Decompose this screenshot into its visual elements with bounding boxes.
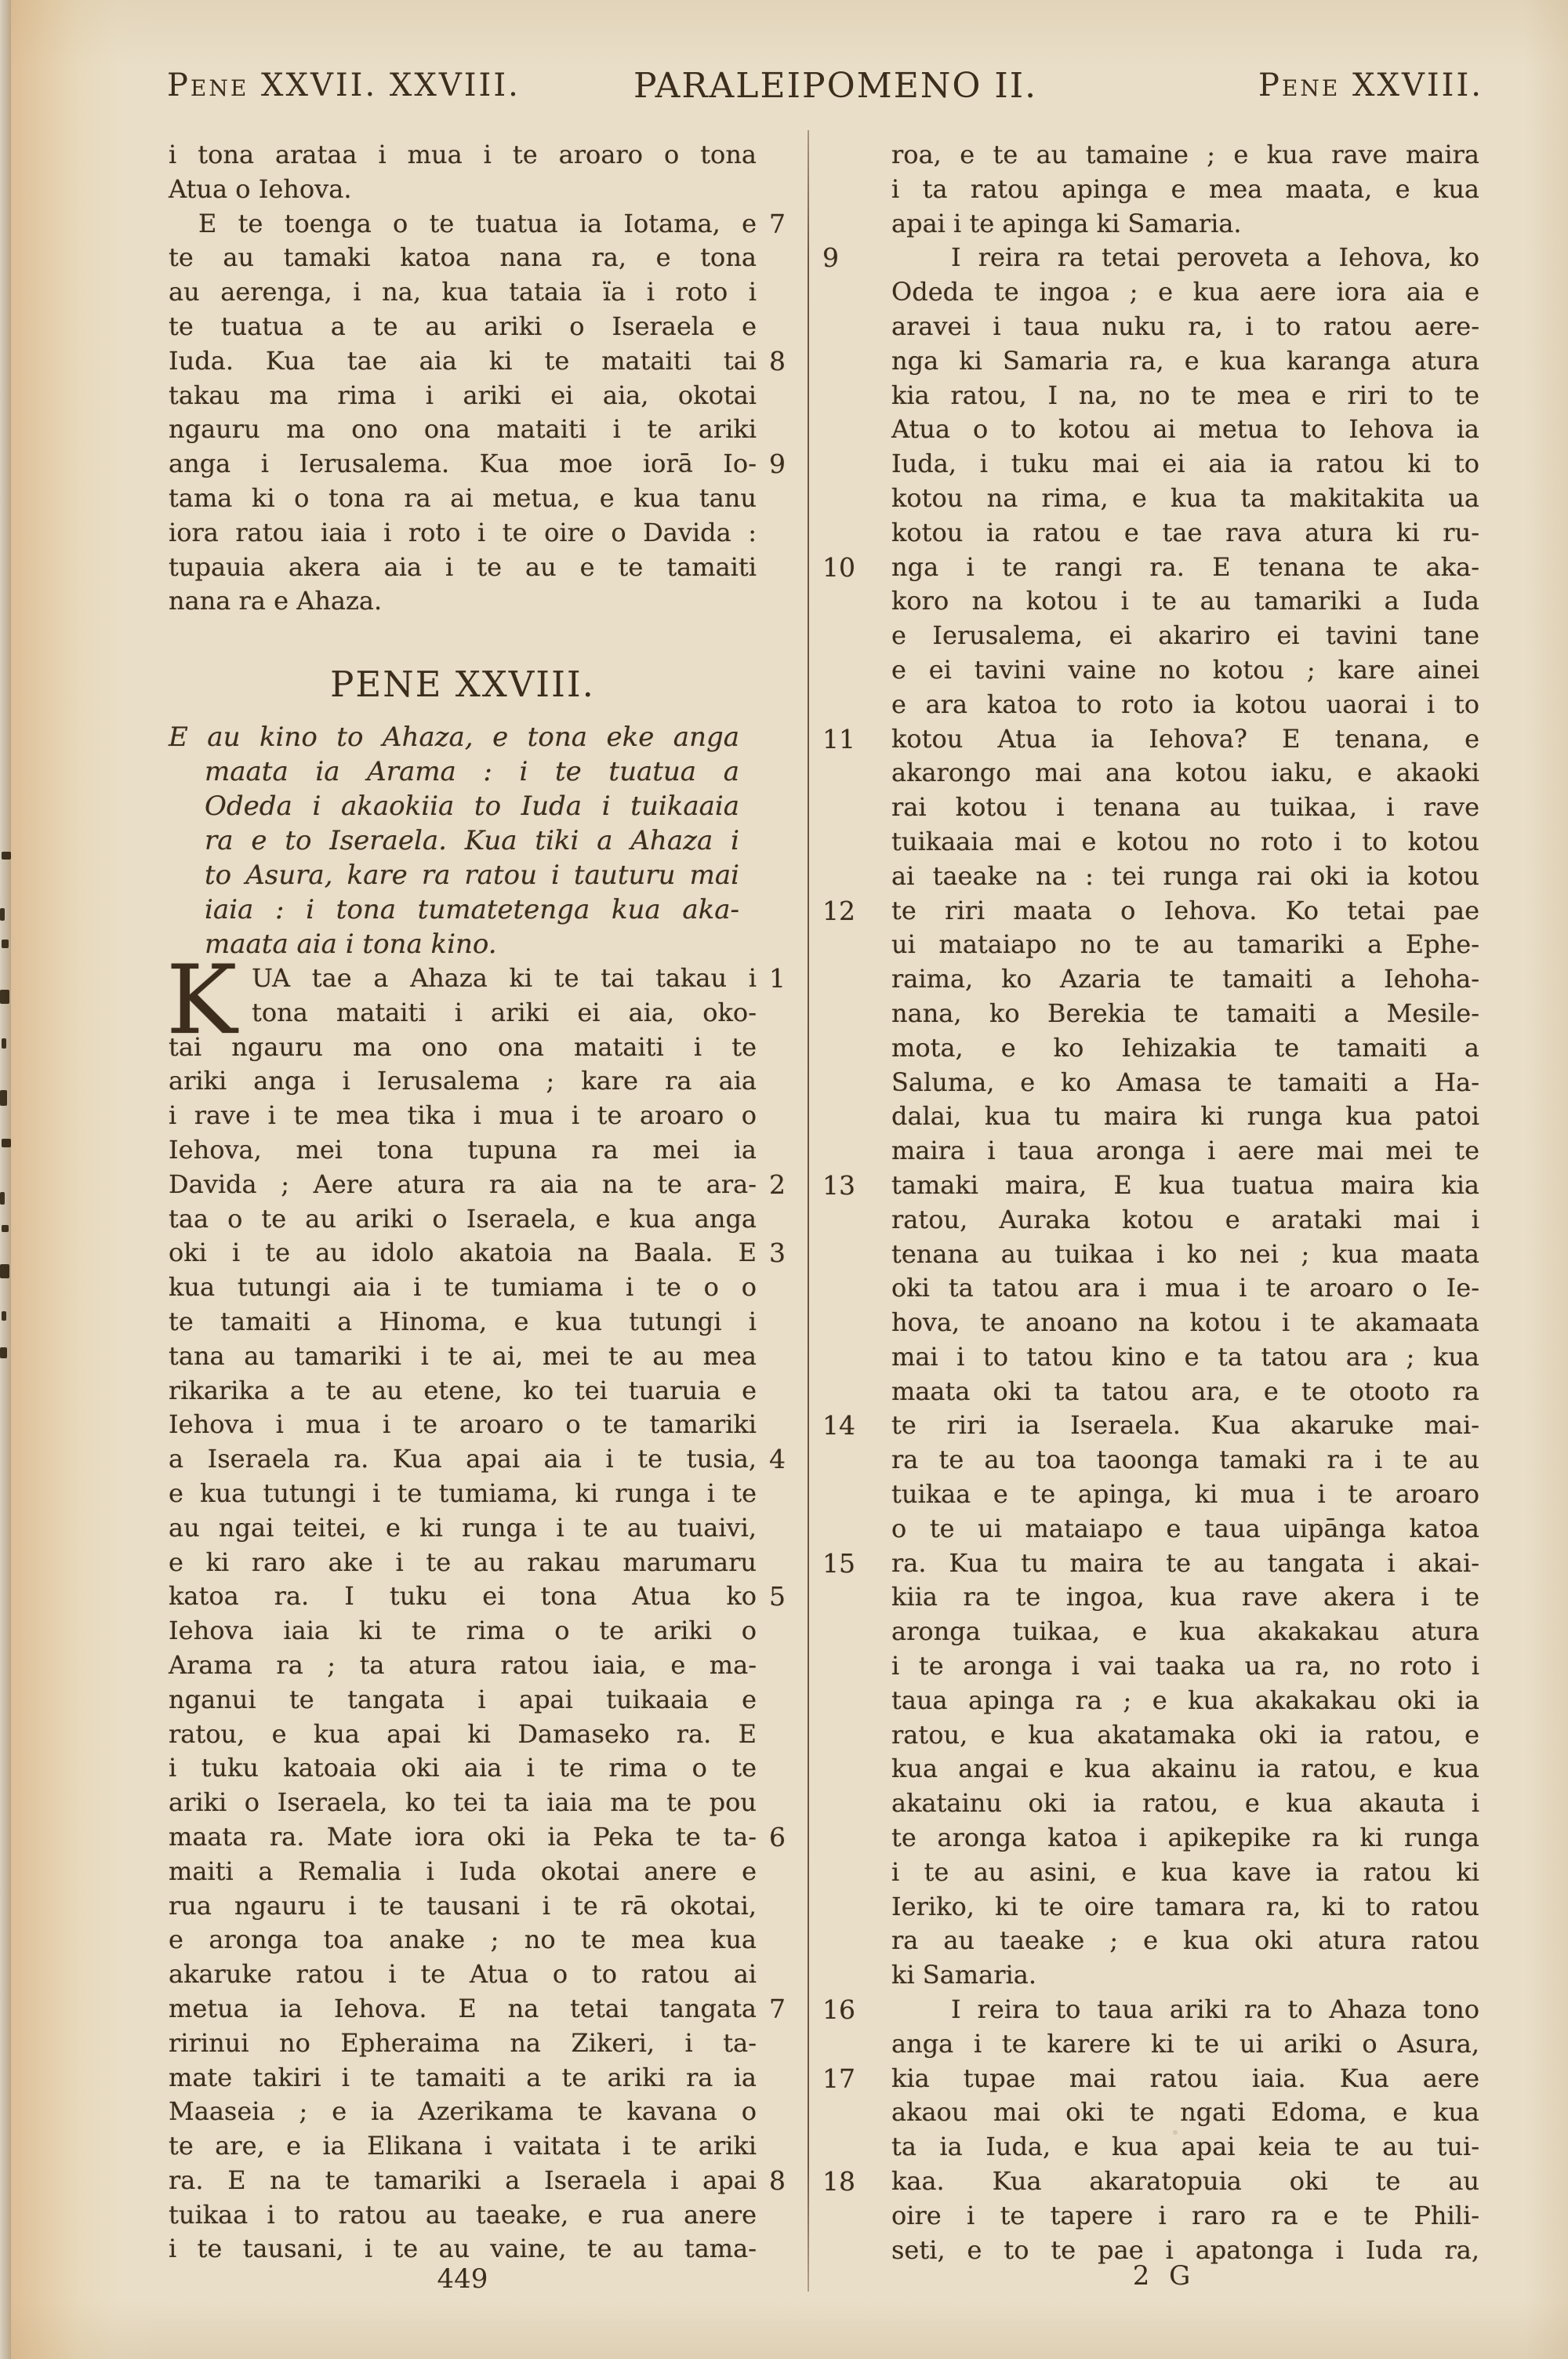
text-line: rua ngauru i te tausani i te rā okotai, bbox=[169, 1889, 757, 1924]
text-line: au ngai teitei, e ki runga i te au tuaiv… bbox=[169, 1511, 757, 1546]
text-line-content: o te ui mataiapo e taua uipānga katoa bbox=[891, 1514, 1479, 1543]
text-line: Iuda, i tuku mai ei aia ia ratou ki to bbox=[891, 447, 1479, 482]
verse-number: 8 bbox=[769, 344, 816, 379]
text-line-content: tuikaa i to ratou au taeake, e rua anere bbox=[169, 2200, 757, 2230]
text-line-content: Maaseia ; e ia Azerikama te kavana o bbox=[169, 2096, 757, 2126]
text-line-content: nga ki Samaria ra, e kua karanga atura bbox=[891, 346, 1479, 376]
verse-number: 11 bbox=[822, 722, 873, 757]
text-line: mai i to tatou kino e ta tatou ara ; kua bbox=[891, 1340, 1479, 1375]
text-line: ra. E na te tamariki a Iseraela i apai8 bbox=[169, 2164, 757, 2198]
right-column: roa, e te au tamaine ; e kua rave mairai… bbox=[891, 0, 1479, 2359]
text-line: Davida ; Aere atura ra aia na te ara-2 bbox=[169, 1168, 757, 1202]
text-line: e kua tutungi i te tumiama, ki runga i t… bbox=[169, 1477, 757, 1511]
text-line-content: ra. Kua tu maira te au tangata i akai- bbox=[891, 1548, 1479, 1578]
verse-number: 10 bbox=[822, 551, 873, 585]
text-line-content: tuikaaia mai e kotou no roto i to kotou bbox=[891, 827, 1479, 856]
text-line: I reira ra tetai peroveta a Iehova, ko9 bbox=[891, 241, 1479, 275]
text-line: metua ia Iehova. E na tetai tangata7 bbox=[169, 1992, 757, 2026]
verse-number: 9 bbox=[822, 241, 873, 275]
text-line-content: apai i te apinga ki Samaria. bbox=[891, 209, 1242, 238]
text-line: mate takiri i te tamaiti a te ariki ra i… bbox=[169, 2061, 757, 2095]
text-line: Saluma, e ko Amasa te tamaiti a Ha- bbox=[891, 1066, 1479, 1100]
text-line-content: iora ratou iaia i roto i te oire o David… bbox=[169, 518, 757, 547]
text-line: kotou na rima, e kua ta makitakita ua bbox=[891, 482, 1479, 516]
text-line-content: ririnui no Epheraima na Zikeri, i ta- bbox=[169, 2028, 757, 2058]
right-column-body: roa, e te au tamaine ; e kua rave mairai… bbox=[891, 138, 1479, 2267]
text-line-content: nana, ko Berekia te tamaiti a Mesile- bbox=[891, 998, 1479, 1028]
text-line: a Iseraela ra. Kua apai aia i te tusia,4 bbox=[169, 1442, 757, 1477]
text-line: ki Samaria. bbox=[891, 1958, 1479, 1993]
text-line: koro na kotou i te au tamariki a Iuda bbox=[891, 584, 1479, 619]
text-line-content: dalai, kua tu maira ki runga kua patoi bbox=[891, 1101, 1479, 1131]
text-line-content: oki ta tatou ara i mua i te aroaro o Ie- bbox=[891, 1273, 1479, 1303]
text-line: te riri ia Iseraela. Kua akaruke mai-14 bbox=[891, 1408, 1479, 1443]
text-line-content: taua apinga ra ; e kua akakakau oki ia bbox=[891, 1685, 1479, 1715]
text-line-content: ariki anga i Ierusalema ; kare ra aia bbox=[169, 1066, 757, 1096]
chapter-heading: PENE XXVIII. bbox=[169, 663, 757, 705]
text-line: ra. Kua tu maira te au tangata i akai-15 bbox=[891, 1547, 1479, 1581]
text-line: i tona arataa i mua i te aroaro o tona bbox=[169, 138, 757, 173]
text-line-content: e ki raro ake i te au rakau marumaru bbox=[169, 1547, 757, 1577]
text-line: kia ratou, I na, no te mea e riri to te bbox=[891, 379, 1479, 413]
text-line: te au tamaki katoa nana ra, e tona bbox=[169, 241, 757, 275]
text-line: te tuatua a te au ariki o Iseraela e bbox=[169, 310, 757, 344]
text-line-content: anga i te karere ki te ui ariki o Asura, bbox=[891, 2029, 1479, 2059]
text-line-content: ta ia Iuda, e kua apai keia te au tui- bbox=[891, 2132, 1479, 2161]
text-line: ui mataiapo no te au tamariki a Ephe- bbox=[891, 928, 1479, 962]
verse-number: 13 bbox=[822, 1169, 873, 1203]
text-line-content: metua ia Iehova. E na tetai tangata bbox=[169, 1994, 757, 2023]
text-line-content: to Asura, kare ra ratou i tauturu mai bbox=[205, 860, 739, 891]
text-line-content: e ei tavini vaine no kotou ; kare ainei bbox=[891, 655, 1479, 685]
text-line: te riri maata o Iehova. Ko tetai pae12 bbox=[891, 894, 1479, 929]
text-line-content: Iehova i mua i te aroaro o te tamariki bbox=[169, 1409, 757, 1439]
text-line: Maaseia ; e ia Azerikama te kavana o bbox=[169, 2095, 757, 2129]
text-line: Iehova iaia ki te rima o te ariki o bbox=[169, 1614, 757, 1648]
text-line-content: i tona arataa i mua i te aroaro o tona bbox=[169, 140, 757, 169]
text-line: Odeda i akaokiia to Iuda i tuikaaia bbox=[169, 789, 739, 823]
text-line: aravei i taua nuku ra, i to ratou aere- bbox=[891, 310, 1479, 344]
page-bleed-mark bbox=[0, 1347, 7, 1358]
text-line-content: anga i Ierusalema. Kua moe iorā Io- bbox=[169, 449, 757, 478]
text-line: kua angai e kua akainu ia ratou, e kua bbox=[891, 1752, 1479, 1787]
text-line: i rave i te mea tika i mua i te aroaro o bbox=[169, 1099, 757, 1133]
text-line: i te au asini, e kua kave ia ratou ki bbox=[891, 1856, 1479, 1890]
text-line: i tuku katoaia oki aia i te rima o te bbox=[169, 1751, 757, 1786]
text-line-content: maiti a Remalia i Iuda okotai anere e bbox=[169, 1856, 757, 1886]
text-line-content: ratou, e kua akatamaka oki ia ratou, e bbox=[891, 1720, 1479, 1750]
text-line: Odeda te ingoa ; e kua aere iora aia e bbox=[891, 275, 1479, 310]
text-line-content: tuikaa e te apinga, ki mua i te aroaro bbox=[891, 1479, 1479, 1509]
text-line: kiia ra te ingoa, kua rave akera i te bbox=[891, 1580, 1479, 1615]
text-line-content: te riri ia Iseraela. Kua akaruke mai- bbox=[891, 1410, 1479, 1440]
text-line: akarongo mai ana kotou iaku, e akaoki bbox=[891, 756, 1479, 791]
text-line: Arama ra ; ta atura ratou iaia, e ma- bbox=[169, 1648, 757, 1683]
text-line-content: i rave i te mea tika i mua i te aroaro o bbox=[169, 1100, 757, 1130]
text-line-content: E te toenga o te tuatua ia Iotama, e bbox=[198, 209, 757, 238]
text-line: roa, e te au tamaine ; e kua rave maira bbox=[891, 138, 1479, 173]
text-line: taa o te au ariki o Iseraela, e kua anga bbox=[169, 1202, 757, 1237]
text-line-content: akatainu oki ia ratou, e kua akauta i bbox=[891, 1788, 1479, 1818]
verse-number: 7 bbox=[769, 1992, 816, 2026]
text-line: I reira to taua ariki ra to Ahaza tono16 bbox=[891, 1993, 1479, 2027]
text-line: Iuda. Kua tae aia ki te mataiti tai8 bbox=[169, 344, 757, 379]
text-line: ratou, Auraka kotou e arataki mai i bbox=[891, 1203, 1479, 1238]
page-bleed-mark bbox=[2, 1311, 6, 1321]
text-line-content: ra au taeake ; e kua oki atura ratou bbox=[891, 1925, 1479, 1955]
text-line-content: tamaki maira, E kua tuatua maira kia bbox=[891, 1170, 1479, 1200]
text-line: anga i Ierusalema. Kua moe iorā Io-9 bbox=[169, 447, 757, 482]
text-line-content: a Iseraela ra. Kua apai aia i te tusia, bbox=[169, 1444, 757, 1474]
text-line: tuikaa e te apinga, ki mua i te aroaro bbox=[891, 1478, 1479, 1512]
text-line-content: tupauia akera aia i te au e te tamaiti bbox=[169, 552, 757, 582]
text-line-content: I reira ra tetai peroveta a Iehova, ko bbox=[951, 242, 1479, 272]
text-line: oki ta tatou ara i mua i te aroaro o Ie- bbox=[891, 1271, 1479, 1306]
page-bleed-mark bbox=[0, 908, 5, 921]
chapter-body: K UA tae a Ahaza ki te tai takau i1tona … bbox=[169, 961, 757, 2266]
text-line: tai ngauru ma ono ona mataiti i te bbox=[169, 1030, 757, 1065]
text-line: rikarika a te au etene, ko tei tuaruia e bbox=[169, 1374, 757, 1408]
text-line: akaruke ratou i te Atua o to ratou ai bbox=[169, 1957, 757, 1992]
text-line: Iehova, mei tona tupuna ra mei ia bbox=[169, 1133, 757, 1168]
text-line: ra au taeake ; e kua oki atura ratou bbox=[891, 1924, 1479, 1958]
text-line-content: ki Samaria. bbox=[891, 1960, 1036, 1990]
text-line: ratou, e kua akatamaka oki ia ratou, e bbox=[891, 1718, 1479, 1753]
text-line: e ei tavini vaine no kotou ; kare ainei bbox=[891, 653, 1479, 688]
text-line-content: Atua o to kotou ai metua to Iehova ia bbox=[891, 414, 1479, 444]
verse-number: 9 bbox=[769, 447, 816, 482]
text-line: kotou Atua ia Iehova? E tenana, e11 bbox=[891, 722, 1479, 757]
text-line-content: nga i te rangi ra. E tenana te aka- bbox=[891, 552, 1479, 582]
text-line-content: i ta ratou apinga e mea maata, e kua bbox=[891, 174, 1479, 204]
verse-number: 7 bbox=[769, 207, 816, 242]
text-line: akatainu oki ia ratou, e kua akauta i bbox=[891, 1787, 1479, 1821]
text-line: i te aronga i vai taaka ua ra, no roto i bbox=[891, 1649, 1479, 1684]
book-page: Pene XXVII. XXVIII. PARALEIPOMENO II. Pe… bbox=[0, 0, 1568, 2359]
text-line: Iehova i mua i te aroaro o te tamariki bbox=[169, 1408, 757, 1442]
verse-number: 6 bbox=[769, 1820, 816, 1855]
signature-mark: 2 G bbox=[891, 2260, 1437, 2292]
text-line-content: takau ma rima i ariki ei aia, okotai bbox=[169, 380, 757, 410]
text-line-content: E au kino to Ahaza, e tona eke anga bbox=[169, 722, 739, 753]
text-line: aronga tuikaa, e kua akakakau atura bbox=[891, 1615, 1479, 1649]
text-line-content: Iehova iaia ki te rima o te ariki o bbox=[169, 1616, 757, 1645]
page-bleed-mark bbox=[0, 1090, 7, 1106]
text-line: tona mataiti i ariki ei aia, oko- bbox=[169, 996, 757, 1030]
verse-number: 14 bbox=[822, 1408, 873, 1443]
intro-paragraph: i tona arataa i mua i te aroaro o tonaAt… bbox=[169, 138, 757, 619]
text-line-content: maira i taua aronga i aere mai mei te bbox=[891, 1136, 1479, 1165]
text-line: e ki raro ake i te au rakau marumaru bbox=[169, 1546, 757, 1580]
text-line-content: oire i te tapere i raro ra e te Phili- bbox=[891, 2201, 1479, 2230]
text-line: i te tausani, i te au vaine, te au tama- bbox=[169, 2232, 757, 2266]
text-line-content: maata oki ta tatou ara, e te otooto ra bbox=[891, 1376, 1479, 1406]
text-line: o te ui mataiapo e taua uipānga katoa bbox=[891, 1512, 1479, 1547]
text-line: katoa ra. I tuku ei tona Atua ko5 bbox=[169, 1579, 757, 1614]
text-line-content: koro na kotou i te au tamariki a Iuda bbox=[891, 586, 1479, 616]
text-line-content: mai i to tatou kino e ta tatou ara ; kua bbox=[891, 1342, 1479, 1372]
text-line: kaa. Kua akaratopuia oki te au18 bbox=[891, 2165, 1479, 2199]
verse-number: 4 bbox=[769, 1442, 816, 1477]
text-line: E te toenga o te tuatua ia Iotama, e7 bbox=[169, 207, 757, 242]
text-line-content: te au tamaki katoa nana ra, e tona bbox=[169, 242, 757, 272]
text-line-content: te aronga katoa i apikepike ra ki runga bbox=[891, 1823, 1479, 1852]
text-line-content: akaou mai oki te ngati Edoma, e kua bbox=[891, 2097, 1479, 2127]
text-line-content: i te au asini, e kua kave ia ratou ki bbox=[891, 1857, 1479, 1887]
text-line-content: ngauru ma ono ona mataiti i te ariki bbox=[169, 414, 757, 444]
text-line: maata ra. Mate iora oki ia Peka te ta-6 bbox=[169, 1820, 757, 1855]
text-line-content: Iuda. Kua tae aia ki te mataiti tai bbox=[169, 346, 757, 376]
text-line: ririnui no Epheraima na Zikeri, i ta- bbox=[169, 2026, 757, 2061]
text-line-content: Atua o Iehova. bbox=[169, 174, 351, 204]
text-line: te aronga katoa i apikepike ra ki runga bbox=[891, 1821, 1479, 1856]
text-line-content: Odeda i akaokiia to Iuda i tuikaaia bbox=[205, 791, 739, 822]
text-line-content: e ara katoa to roto ia kotou uaorai i to bbox=[891, 689, 1479, 719]
text-line-content: maata aia i tona kino. bbox=[205, 929, 497, 960]
text-line: iaia : i tona tumatetenga kua aka- bbox=[169, 892, 739, 927]
text-line: Ieriko, ki te oire tamara ra, ki to rato… bbox=[891, 1890, 1479, 1925]
text-line: apai i te apinga ki Samaria. bbox=[891, 207, 1479, 242]
text-line: ariki o Iseraela, ko tei ta iaia ma te p… bbox=[169, 1786, 757, 1820]
text-line: nga ki Samaria ra, e kua karanga atura bbox=[891, 344, 1479, 379]
text-line-content: e aronga toa anake ; no te mea kua bbox=[169, 1925, 757, 1954]
text-line: taua apinga ra ; e kua akakakau oki ia bbox=[891, 1684, 1479, 1718]
text-line-content: aronga tuikaa, e kua akakakau atura bbox=[891, 1616, 1479, 1646]
text-line-content: ra e to Iseraela. Kua tiki a Ahaza i bbox=[205, 825, 739, 856]
text-line: mota, e ko Iehizakia te tamaiti a bbox=[891, 1031, 1479, 1066]
text-line: maata aia i tona kino. bbox=[169, 927, 739, 961]
text-line: E au kino to Ahaza, e tona eke anga bbox=[169, 720, 739, 754]
text-line: tenana au tuikaa i ko nei ; kua maata bbox=[891, 1238, 1479, 1272]
text-line-content: kua tutungi aia i te tumiama i te o o bbox=[169, 1272, 757, 1302]
text-line-content: rua ngauru i te tausani i te rā okotai, bbox=[169, 1891, 757, 1921]
text-line: kia tupae mai ratou iaia. Kua aere17 bbox=[891, 2062, 1479, 2096]
verse-number: 3 bbox=[769, 1236, 816, 1270]
text-line-content: au ngai teitei, e ki runga i te au tuaiv… bbox=[169, 1513, 757, 1543]
text-line-content: tenana au tuikaa i ko nei ; kua maata bbox=[891, 1239, 1479, 1269]
text-line: au aerenga, i na, kua tataia ïa i roto i bbox=[169, 275, 757, 310]
text-line: Atua o to kotou ai metua to Iehova ia bbox=[891, 413, 1479, 447]
text-line: oki i te au idolo akatoia na Baala. E3 bbox=[169, 1236, 757, 1270]
text-line: te tamaiti a Hinoma, e kua tutungi i bbox=[169, 1305, 757, 1339]
text-line: maiti a Remalia i Iuda okotai anere e bbox=[169, 1855, 757, 1889]
text-line: ra te au toa taoonga tamaki ra i te au bbox=[891, 1443, 1479, 1478]
page-number: 449 bbox=[169, 2263, 757, 2295]
text-line-content: au aerenga, i na, kua tataia ïa i roto i bbox=[169, 277, 757, 307]
page-bleed-mark bbox=[2, 940, 9, 948]
text-line: e Ierusalema, ei akariro ei tavini tane bbox=[891, 619, 1479, 653]
text-line-content: i te aronga i vai taaka ua ra, no roto i bbox=[891, 1651, 1479, 1681]
text-line-content: aravei i taua nuku ra, i to ratou aere- bbox=[891, 311, 1479, 341]
text-line: nganui te tangata i apai tuikaaia e bbox=[169, 1683, 757, 1717]
text-line: to Asura, kare ra ratou i tauturu mai bbox=[169, 858, 739, 892]
text-line-content: kaa. Kua akaratopuia oki te au bbox=[891, 2166, 1479, 2196]
text-line: tupauia akera aia i te au e te tamaiti bbox=[169, 551, 757, 585]
text-line-content: ratou, e kua apai ki Damaseko ra. E bbox=[169, 1719, 757, 1749]
text-line-content: kia ratou, I na, no te mea e riri to te bbox=[891, 380, 1479, 410]
text-line: tuikaaia mai e kotou no roto i to kotou bbox=[891, 825, 1479, 860]
text-line-content: tana au tamariki i te ai, mei te au mea bbox=[169, 1341, 757, 1371]
chapter-summary: E au kino to Ahaza, e tona eke angamaata… bbox=[169, 720, 739, 961]
text-line: ta ia Iuda, e kua apai keia te au tui- bbox=[891, 2130, 1479, 2165]
text-line-content: nganui te tangata i apai tuikaaia e bbox=[169, 1685, 757, 1714]
paper-speck bbox=[298, 1945, 301, 1948]
text-line-content: taa o te au ariki o Iseraela, e kua anga bbox=[169, 1204, 757, 1234]
text-line-content: oki i te au idolo akatoia na Baala. E bbox=[169, 1238, 757, 1267]
text-line-content: kia tupae mai ratou iaia. Kua aere bbox=[891, 2063, 1479, 2093]
text-line-content: ra. E na te tamariki a Iseraela i apai bbox=[169, 2165, 757, 2195]
text-line: maira i taua aronga i aere mai mei te bbox=[891, 1134, 1479, 1169]
text-line-content: ratou, Auraka kotou e arataki mai i bbox=[891, 1205, 1479, 1234]
text-line: akaou mai oki te ngati Edoma, e kua bbox=[891, 2095, 1479, 2130]
text-line-content: Arama ra ; ta atura ratou iaia, e ma- bbox=[169, 1650, 757, 1680]
text-line: ngauru ma ono ona mataiti i te ariki bbox=[169, 413, 757, 447]
page-bleed-mark bbox=[2, 1225, 9, 1232]
text-line: tana au tamariki i te ai, mei te au mea bbox=[169, 1339, 757, 1374]
verse-number: 16 bbox=[822, 1993, 873, 2027]
text-line-content: akarongo mai ana kotou iaku, e akaoki bbox=[891, 758, 1479, 787]
text-line: i ta ratou apinga e mea maata, e kua bbox=[891, 173, 1479, 207]
text-line: anga i te karere ki te ui ariki o Asura, bbox=[891, 2027, 1479, 2062]
text-line-content: roa, e te au tamaine ; e kua rave maira bbox=[891, 140, 1479, 169]
text-line-content: maata ra. Mate iora oki ia Peka te ta- bbox=[169, 1822, 757, 1852]
page-bleed-mark bbox=[2, 1139, 11, 1147]
text-line-content: Odeda te ingoa ; e kua aere iora aia e bbox=[891, 277, 1479, 307]
text-line-content: te tamaiti a Hinoma, e kua tutungi i bbox=[169, 1307, 757, 1336]
text-line: maata ia Arama : i te tuatua a bbox=[169, 754, 739, 789]
text-line-content: i te tausani, i te au vaine, te au tama- bbox=[169, 2234, 757, 2263]
text-line: raima, ko Azaria te tamaiti a Iehoha- bbox=[891, 962, 1479, 997]
left-column: i tona arataa i mua i te aroaro o tonaAt… bbox=[169, 0, 757, 2359]
text-line-content: Iuda, i tuku mai ei aia ia ratou ki to bbox=[891, 449, 1479, 478]
text-line-content: iaia : i tona tumatetenga kua aka- bbox=[205, 894, 739, 925]
text-line-content: ariki o Iseraela, ko tei ta iaia ma te p… bbox=[169, 1787, 757, 1817]
text-line: kua tutungi aia i te tumiama i te o o bbox=[169, 1270, 757, 1305]
text-line: kotou ia ratou e tae rava atura ki ru- bbox=[891, 516, 1479, 551]
text-line-content: te tuatua a te au ariki o Iseraela e bbox=[169, 311, 757, 341]
text-line-content: UA tae a Ahaza ki te tai takau i bbox=[252, 963, 757, 993]
text-line-content: kua angai e kua akainu ia ratou, e kua bbox=[891, 1754, 1479, 1783]
text-line: nga i te rangi ra. E tenana te aka-10 bbox=[891, 551, 1479, 585]
text-line: oire i te tapere i raro ra e te Phili- bbox=[891, 2199, 1479, 2234]
text-line-content: Saluma, e ko Amasa te tamaiti a Ha- bbox=[891, 1067, 1479, 1097]
text-line-content: e Ierusalema, ei akariro ei tavini tane bbox=[891, 620, 1479, 650]
text-line-content: Iehova, mei tona tupuna ra mei ia bbox=[169, 1135, 757, 1165]
binding-gutter bbox=[0, 0, 11, 2359]
text-line-content: te are, e ia Elikana i vaitata i te arik… bbox=[169, 2131, 757, 2161]
text-line: rai kotou i tenana au tuikaa, i rave bbox=[891, 791, 1479, 825]
text-line-content: te riri maata o Iehova. Ko tetai pae bbox=[891, 896, 1479, 925]
page-bleed-mark bbox=[0, 1264, 9, 1278]
paper-speck bbox=[1341, 674, 1344, 678]
text-line: tama ki o tona ra ai metua, e kua tanu bbox=[169, 482, 757, 516]
text-line: dalai, kua tu maira ki runga kua patoi bbox=[891, 1100, 1479, 1134]
text-line-content: i tuku katoaia oki aia i te rima o te bbox=[169, 1753, 757, 1783]
paper-speck bbox=[1173, 2130, 1178, 2135]
page-bleed-mark bbox=[2, 852, 11, 860]
text-line: ratou, e kua apai ki Damaseko ra. E bbox=[169, 1717, 757, 1752]
page-bleed-mark bbox=[0, 990, 9, 1004]
page-bleed-mark bbox=[0, 1192, 5, 1205]
verse-number: 5 bbox=[769, 1579, 816, 1614]
text-line-content: hova, te anoano na kotou i te akamaata bbox=[891, 1307, 1479, 1337]
text-line-content: akaruke ratou i te Atua o to ratou ai bbox=[169, 1959, 757, 1989]
paper-speck bbox=[503, 1189, 507, 1193]
text-line-content: ui mataiapo no te au tamariki a Ephe- bbox=[891, 929, 1479, 959]
text-line: hova, te anoano na kotou i te akamaata bbox=[891, 1306, 1479, 1340]
text-line: te are, e ia Elikana i vaitata i te arik… bbox=[169, 2129, 757, 2164]
verse-number: 2 bbox=[769, 1168, 816, 1202]
text-line-content: kotou ia ratou e tae rava atura ki ru- bbox=[891, 518, 1479, 547]
text-line: tamaki maira, E kua tuatua maira kia13 bbox=[891, 1169, 1479, 1203]
text-line: ra e to Iseraela. Kua tiki a Ahaza i bbox=[169, 823, 739, 858]
text-line: ariki anga i Ierusalema ; kare ra aia bbox=[169, 1064, 757, 1099]
verse-number: 18 bbox=[822, 2165, 873, 2199]
text-line-content: raima, ko Azaria te tamaiti a Iehoha- bbox=[891, 964, 1479, 994]
text-line-content: ra te au toa taoonga tamaki ra i te au bbox=[891, 1445, 1479, 1474]
text-line-content: e kua tutungi i te tumiama, ki runga i t… bbox=[169, 1478, 757, 1508]
text-line-content: tai ngauru ma ono ona mataiti i te bbox=[169, 1032, 757, 1062]
text-line-content: ai taeake na : tei runga rai oki ia koto… bbox=[891, 861, 1479, 891]
text-line-content: mate takiri i te tamaiti a te ariki ra i… bbox=[169, 2063, 757, 2092]
text-line-content: katoa ra. I tuku ei tona Atua ko bbox=[169, 1581, 757, 1611]
text-line: maata oki ta tatou ara, e te otooto ra bbox=[891, 1375, 1479, 1409]
text-line-content: mota, e ko Iehizakia te tamaiti a bbox=[891, 1033, 1479, 1063]
text-line-content: kotou na rima, e kua ta makitakita ua bbox=[891, 483, 1479, 513]
text-line-content: rai kotou i tenana au tuikaa, i rave bbox=[891, 792, 1479, 822]
text-line-content: tama ki o tona ra ai metua, e kua tanu bbox=[169, 483, 757, 513]
text-line-content: kiia ra te ingoa, kua rave akera i te bbox=[891, 1582, 1479, 1612]
text-line: takau ma rima i ariki ei aia, okotai bbox=[169, 379, 757, 413]
verse-number: 12 bbox=[822, 894, 873, 929]
text-line-content: nana ra e Ahaza. bbox=[169, 586, 382, 616]
verse-number: 1 bbox=[769, 961, 816, 996]
text-line: tuikaa i to ratou au taeake, e rua anere bbox=[169, 2198, 757, 2233]
verse-number: 17 bbox=[822, 2062, 873, 2096]
text-line: nana, ko Berekia te tamaiti a Mesile- bbox=[891, 997, 1479, 1031]
text-line: e aronga toa anake ; no te mea kua bbox=[169, 1923, 757, 1957]
text-line-content: tona mataiti i ariki ei aia, oko- bbox=[252, 998, 757, 1027]
verse-number: 8 bbox=[769, 2164, 816, 2198]
text-line-content: rikarika a te au etene, ko tei tuaruia e bbox=[169, 1376, 757, 1405]
text-line-content: maata ia Arama : i te tuatua a bbox=[205, 756, 739, 787]
text-line: iora ratou iaia i roto i te oire o David… bbox=[169, 516, 757, 551]
text-line: UA tae a Ahaza ki te tai takau i1 bbox=[169, 961, 757, 996]
text-line: Atua o Iehova. bbox=[169, 173, 757, 207]
text-line-content: kotou Atua ia Iehova? E tenana, e bbox=[891, 724, 1479, 754]
text-line-content: Ieriko, ki te oire tamara ra, ki to rato… bbox=[891, 1892, 1479, 1921]
page-bleed-mark bbox=[2, 1038, 6, 1049]
text-line-content: Davida ; Aere atura ra aia na te ara- bbox=[169, 1169, 757, 1199]
text-line: e ara katoa to roto ia kotou uaorai i to bbox=[891, 688, 1479, 722]
verse-number: 15 bbox=[822, 1547, 873, 1581]
text-line-content: I reira to taua ariki ra to Ahaza tono bbox=[951, 1994, 1479, 2024]
text-line: ai taeake na : tei runga rai oki ia koto… bbox=[891, 860, 1479, 894]
text-line: nana ra e Ahaza. bbox=[169, 584, 757, 619]
